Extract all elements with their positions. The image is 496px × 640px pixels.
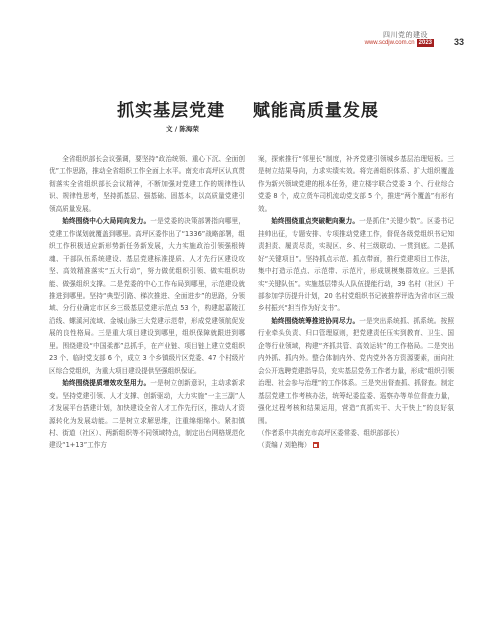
paragraph-text: 一是党委的决策部署指向哪里，党建工作谋划就覆盖到哪里。高坪区委作出了“1336”… <box>49 217 245 374</box>
editor-note-text: （责编 / 刘艳梅） <box>258 441 311 449</box>
author-note: （作者系中共南充市高坪区委常委、组织部部长） <box>258 427 454 439</box>
paragraph-text: 一是突出系统抓、抓系统。按照行业牵头负责、归口管理原则，把党建责任压实到教育、卫… <box>258 317 454 425</box>
issue-badge: 2023 <box>417 39 434 47</box>
paragraph-lead: 始终围绕中心大局同向发力。 <box>62 217 150 225</box>
article-byline: 文 / 陈海荣 <box>166 124 199 133</box>
page-number: 33 <box>454 37 464 47</box>
paragraph: 始终围绕中心大局同向发力。一是党委的决策部署指向哪里，党建工作谋划就覆盖到哪里。… <box>49 215 245 377</box>
paragraph: 始终围绕提质增效攻坚用力。一是树立创新意识，主动求新求变。坚持党建引领、人才支撑… <box>49 377 245 452</box>
magazine-url-row: www.scdjw.com.cn 2023 <box>365 39 434 47</box>
paragraph-lead: 始终围绕提质增效攻坚用力。 <box>62 379 150 387</box>
right-column: 案，探索推行“邻里长”制度，补齐党建引领城乡基层治理短板。三是树立结果导向，力求… <box>258 153 454 452</box>
paragraph-text: 一是抓住“关键少数”。区委书记挂帅出征，专题安排、专项推动党建工作，督促各级党组… <box>258 217 454 312</box>
paragraph-lead: 始终围绕统筹推进协同尽力。 <box>271 317 359 325</box>
paragraph: 案，探索推行“邻里长”制度，补齐党建引领城乡基层治理短板。三是树立结果导向，力求… <box>258 153 454 215</box>
paragraph: 始终围绕统筹推进协同尽力。一是突出系统抓、抓系统。按照行业牵头负责、归口管理原则… <box>258 315 454 427</box>
paragraph-text: 一是树立创新意识，主动求新求变。坚持党建引领、人才支撑、创新驱动，大力实施“一主… <box>49 379 245 449</box>
end-mark-icon <box>313 442 319 448</box>
left-column: 全省组织部长会议强调，要坚持“政治统领、重心下沉、全面创优”工作思路，推动全省组… <box>49 153 245 452</box>
paragraph-lead: 始终围绕重点突破靶向聚力。 <box>271 217 359 225</box>
page-header: 四川党的建设 www.scdjw.com.cn 2023 33 <box>324 28 474 50</box>
author-note-text: （作者系中共南充市高坪区委常委、组织部部长） <box>258 429 403 437</box>
paragraph-text: 案，探索推行“邻里长”制度，补齐党建引领城乡基层治理短板。三是树立结果导向，力求… <box>258 155 454 213</box>
magazine-url: www.scdjw.com.cn <box>365 40 415 46</box>
editor-note: （责编 / 刘艳梅） <box>258 439 454 451</box>
paragraph: 始终围绕重点突破靶向聚力。一是抓住“关键少数”。区委书记挂帅出征，专题安排、专项… <box>258 215 454 315</box>
article-title: 抓实基层党建 赋能高质量发展 <box>0 96 496 121</box>
paragraph-text: 全省组织部长会议强调，要坚持“政治统领、重心下沉、全面创优”工作思路，推动全省组… <box>49 155 245 213</box>
paragraph: 全省组织部长会议强调，要坚持“政治统领、重心下沉、全面创优”工作思路，推动全省组… <box>49 153 245 215</box>
